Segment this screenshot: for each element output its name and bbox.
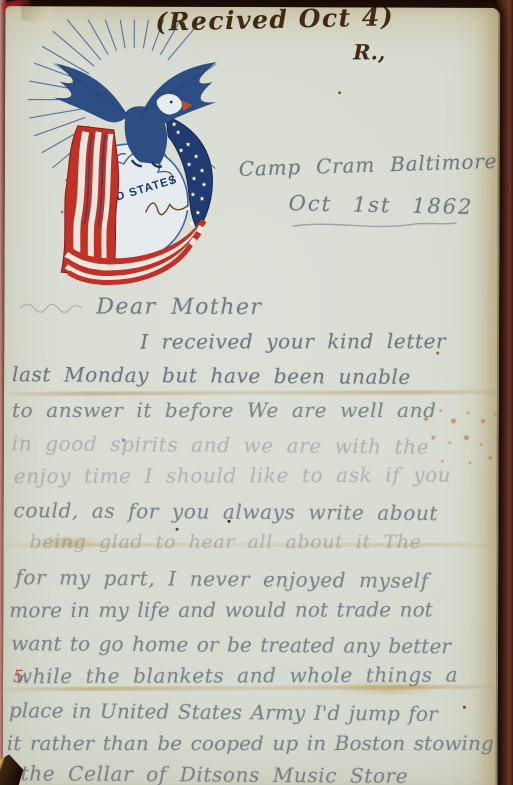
paper-specks — [5, 6, 8, 9]
body-line: for my part, I never enjoyed myself — [15, 565, 429, 593]
body-line: enjoy time I should like to ask if you — [14, 463, 452, 489]
body-line: last Monday but have been unable — [12, 362, 411, 389]
date-underline-flourish — [291, 217, 461, 232]
body-line: being glad to hear all about it The — [29, 531, 421, 553]
body-line: in good spirits and we are with the — [12, 431, 429, 459]
body-line: the Cellar of Ditsons Music Store — [21, 761, 409, 785]
body-line: want to go home or be treated any better — [11, 631, 451, 658]
received-docket: (Recived Oct 4) — [155, 6, 394, 37]
received-initial: R., — [353, 39, 385, 64]
salutation: Dear Mother — [96, 294, 262, 320]
body-line: it rather than be cooped up in Boston st… — [7, 731, 494, 755]
body-line: to answer it before We are well and — [12, 398, 437, 422]
body-line: I received your kind letter — [140, 329, 446, 354]
dateline-date: Oct 1st 1862 — [288, 191, 473, 219]
body-line: while the blankets and whole things a — [15, 663, 458, 689]
letter-photo: UNITED STATES — [0, 0, 513, 785]
dateline-place: Camp Cram Baltimore Co — [238, 147, 500, 180]
body-line: place in United States Army I'd jump for — [9, 698, 438, 726]
letter-paper: UNITED STATES — [3, 6, 501, 785]
body-line: more in my life and would not trade not — [9, 597, 433, 622]
body-line: could, as for you always write about — [14, 498, 439, 525]
eagle-globe-letterhead: UNITED STATES — [14, 19, 241, 286]
illegible-scribble — [18, 296, 88, 316]
eagle-eye — [170, 101, 173, 104]
red-page-mark: 5 — [13, 667, 24, 687]
